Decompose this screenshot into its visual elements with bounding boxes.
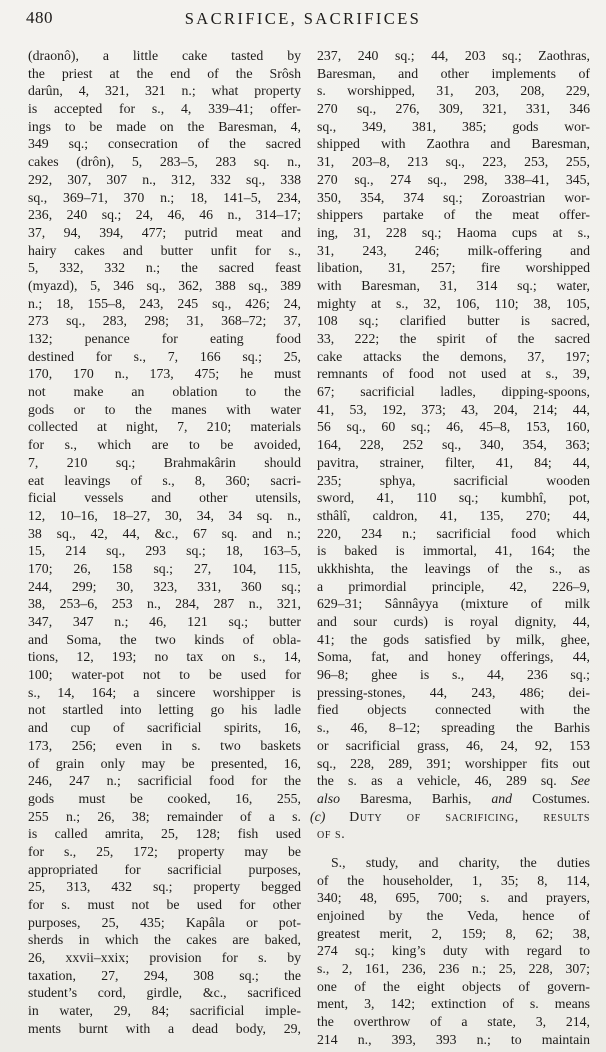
text-line: darûn, 4, 321, 321 n.; what property <box>28 82 301 100</box>
text-line: 41, 53, 192, 373; 43, 204, 214; 44, <box>317 401 590 419</box>
text-segment: 349 sq.; consecration of the sacred <box>28 136 301 151</box>
text-segment: gods must be cooked, 16, 255, <box>28 791 301 806</box>
text-segment: is accepted for s., 4, 339–41; offer- <box>28 101 301 116</box>
text-segment: libation, 31, 257; fire worshipped <box>317 260 590 275</box>
text-line: is baked is immortal, 41, 164; the <box>317 542 590 560</box>
text-line: enjoined by the Veda, hence of <box>317 907 590 925</box>
text-segment: for s., 25, 172; property may be <box>28 844 301 859</box>
text-line: ments burnt with a dead body, 29, <box>28 1020 301 1038</box>
text-line: 33, 222; the spirit of the sacred <box>317 330 590 348</box>
text-segment: 236, 240 sq.; 24, 46, 46 n., 314–17; <box>28 207 301 222</box>
text-segment: destined for s., 7, 166 sq.; 25, <box>28 349 301 364</box>
text-line: hairy cakes and butter unfit for s., <box>28 242 301 260</box>
text-segment: not startled into letting go his ladle <box>28 702 301 717</box>
text-segment: 56 sq., 60 sq.; 46, 45–8, 153, 160, <box>317 419 590 434</box>
text-line: greatest merit, 2, 159; 8, 62; 38, <box>317 925 590 943</box>
text-line: 274 sq.; king’s duty with regard to <box>317 942 590 960</box>
text-segment: hairy cakes and butter unfit for s., <box>28 243 301 258</box>
text-segment: for s., which are to be avoided, <box>28 437 301 452</box>
text-line: gods must be cooked, 16, 255, <box>28 790 301 808</box>
text-segment: 38, 253–6, 253 n., 284, 287 n., 321, <box>28 596 301 611</box>
text-line: 132; penance for eating food <box>28 330 301 348</box>
text-line: one of the eight objects of govern- <box>317 978 590 996</box>
text-line: 235; sphya, sacrificial wooden <box>317 472 590 490</box>
text-line: sherds in which the cakes are baked, <box>28 931 301 949</box>
left-column: (draonô), a little cake tasted bythe pri… <box>28 47 301 1038</box>
text-line: 31, 243, 246; milk-offering and <box>317 242 590 260</box>
text-line: taxation, 27, 294, 308 sq.; the <box>28 967 301 985</box>
text-line: 38, 253–6, 253 n., 284, 287 n., 321, <box>28 595 301 613</box>
text-line: of the householder, 1, 35; 8, 114, <box>317 872 590 890</box>
text-segment: 270 sq., 276, 309, 321, 331, 346 <box>317 101 590 116</box>
text-line: S., study, and charity, the duties <box>317 854 590 872</box>
text-line: Soma, fat, and honey offerings, 44, <box>317 648 590 666</box>
text-line: not startled into letting go his ladle <box>28 701 301 719</box>
text-segment: 173, 256; even in s. two baskets <box>28 738 301 753</box>
text-line: fied objects connected with the <box>317 701 590 719</box>
text-line: 25, 313, 432 sq.; property begged <box>28 878 301 896</box>
text-line: mighty at s., 32, 106, 110; 38, 105, <box>317 295 590 313</box>
text-segment: sword, 41, 110 sq.; kumbhî, pot, <box>317 490 590 505</box>
text-line: 273 sq., 283, 298; 31, 368–72; 37, <box>28 312 301 330</box>
text-segment: and <box>491 791 512 806</box>
text-segment: gods or to the manes with water <box>28 402 301 417</box>
text-segment: (draonô), a little cake tasted by <box>28 48 301 63</box>
text-segment: cakes (drôn), 5, 283–5, 283 sq. n., <box>28 154 301 169</box>
text-line: (c) Duty of sacrificing, results <box>310 808 590 826</box>
text-line: 41; the gods satisfied by milk, ghee, <box>317 631 590 649</box>
text-line: 173, 256; even in s. two baskets <box>28 737 301 755</box>
text-segment: the priest at the end of the Srôsh <box>28 66 301 81</box>
text-segment: taxation, 27, 294, 308 sq.; the <box>28 968 301 983</box>
text-segment: n.; 18, 155–8, 243, 245 sq., 426; 24, <box>28 296 301 311</box>
text-line: for s., 25, 172; property may be <box>28 843 301 861</box>
text-segment: pavitra, strainer, filter, 41, 84; 44, <box>317 455 590 470</box>
text-segment: 274 sq.; king’s duty with regard to <box>317 943 590 958</box>
text-segment: 170; 26, 158 sq.; 27, 104, 115, <box>28 561 301 576</box>
text-segment: sq., 228, 289, 391; worshipper fits out <box>317 756 590 771</box>
text-line: s., 46, 8–12; spreading the Barhis <box>317 719 590 737</box>
text-segment: and cup of sacrificial spirits, 16, <box>28 720 301 735</box>
text-segment: 350, 354, 374 sq.; Zoroastrian wor- <box>317 190 590 205</box>
text-line: libation, 31, 257; fire worshipped <box>317 259 590 277</box>
text-line: 26, xxvii–xxix; provision for s. by <box>28 949 301 967</box>
text-segment: s., 2, 161, 236, 236 n.; 25, 228, 307; <box>317 961 590 976</box>
text-segment: remnants of food not used at s., 39, <box>317 366 590 381</box>
text-line: ukkhishta, the leavings of the s., as <box>317 560 590 578</box>
text-segment: See <box>571 773 590 788</box>
text-segment: purposes, 25, 435; Kapâla or pot- <box>28 915 301 930</box>
text-segment: 37, 94, 394, 477; putrid meat and <box>28 225 301 240</box>
text-segment: of s. <box>317 826 345 841</box>
text-line: 5, 332, 332 n.; the sacred feast <box>28 259 301 277</box>
text-segment: 67; sacrificial ladles, dipping-spoons, <box>317 384 590 399</box>
text-segment: (myazd), 5, 346 sq., 362, 388 sq., 389 <box>28 278 301 293</box>
text-segment: sq., 349, 381, 385; gods wor- <box>317 119 590 134</box>
text-segment: 214 n., 393, 393 n.; to maintain <box>317 1032 590 1047</box>
text-line: purposes, 25, 435; Kapâla or pot- <box>28 914 301 932</box>
text-line: 96–8; ghee is s., 44, 236 sq.; <box>317 666 590 684</box>
text-segment: ment, 3, 142; extinction of s. means <box>317 996 590 1011</box>
text-segment: Costumes. <box>512 791 590 806</box>
text-line: pressing-stones, 44, 243, 486; dei- <box>317 684 590 702</box>
text-segment: a primordial principle, 42, 226–9, <box>317 579 590 594</box>
text-line: Baresman, and other implements of <box>317 65 590 83</box>
text-segment: the s. as a vehicle, 46, 289 sq. <box>317 773 571 788</box>
text-line: sq., 349, 381, 385; gods wor- <box>317 118 590 136</box>
text-segment: ing, 31, 228 sq.; Haoma cups at s., <box>317 225 590 240</box>
text-segment: is called amrita, 25, 128; fish used <box>28 826 301 841</box>
text-line: student’s cord, girdle, &c., sacrificed <box>28 984 301 1002</box>
text-segment: collected at night, 7, 210; materials <box>28 419 301 434</box>
text-segment: s., 46, 8–12; spreading the Barhis <box>317 720 590 735</box>
text-segment: 41; the gods satisfied by milk, ghee, <box>317 632 590 647</box>
text-line: ment, 3, 142; extinction of s. means <box>317 995 590 1013</box>
text-line: of s. <box>317 825 590 843</box>
text-segment: s. worshipped, 31, 203, 208, 229, <box>317 83 590 98</box>
text-line: the overthrow of a state, 3, 214, <box>317 1013 590 1031</box>
text-line: (myazd), 5, 346 sq., 362, 388 sq., 389 <box>28 277 301 295</box>
text-line: 214 n., 393, 393 n.; to maintain <box>317 1031 590 1049</box>
text-segment: 15, 214 sq., 293 sq.; 18, 163–5, <box>28 543 301 558</box>
text-segment: Baresma, Barhis, <box>340 791 491 806</box>
text-segment: 244, 299; 30, 323, 331, 360 sq.; <box>28 579 301 594</box>
text-line: 629–31; Sânnâyya (mixture of milk <box>317 595 590 613</box>
text-line: and sour curds) is royal dignity, 44, <box>317 613 590 631</box>
text-segment: of the householder, 1, 35; 8, 114, <box>317 873 590 888</box>
text-line: tions, 12, 193; no tax on s., 14, <box>28 648 301 666</box>
text-line: 67; sacrificial ladles, dipping-spoons, <box>317 383 590 401</box>
text-segment: 41, 53, 192, 373; 43, 204, 214; 44, <box>317 402 590 417</box>
text-line: in water, 29, 84; sacrificial imple- <box>28 1002 301 1020</box>
text-segment: 164, 228, 252 sq., 340, 354, 363; <box>317 437 590 452</box>
text-line: shippers partake of the meat offer- <box>317 206 590 224</box>
text-segment: 237, 240 sq.; 44, 203 sq.; Zaothras, <box>317 48 590 63</box>
text-line: sq., 228, 289, 391; worshipper fits out <box>317 755 590 773</box>
text-line: the priest at the end of the Srôsh <box>28 65 301 83</box>
text-line: 349 sq.; consecration of the sacred <box>28 135 301 153</box>
text-line: appropriated for sacrificial purposes, <box>28 861 301 879</box>
text-segment: enjoined by the Veda, hence of <box>317 908 590 923</box>
text-line: is accepted for s., 4, 339–41; offer- <box>28 100 301 118</box>
text-line: and cup of sacrificial spirits, 16, <box>28 719 301 737</box>
text-line: for s. must not be used for other <box>28 896 301 914</box>
text-segment: mighty at s., 32, 106, 110; 38, 105, <box>317 296 590 311</box>
text-segment: of grain only may be presented, 16, <box>28 756 301 771</box>
text-line: (draonô), a little cake tasted by <box>28 47 301 65</box>
text-line: 7, 210 sq.; Brahmakârin should <box>28 454 301 472</box>
text-segment: 25, 313, 432 sq.; property begged <box>28 879 301 894</box>
text-segment: 340; 48, 695, 700; s. and prayers, <box>317 890 590 905</box>
text-line: 170, 170 n., 173, 475; he must <box>28 365 301 383</box>
text-line: ings to be made on the Baresman, 4, <box>28 118 301 136</box>
text-segment: ings to be made on the Baresman, 4, <box>28 119 301 134</box>
text-segment: 270 sq., 274 sq., 298, 338–41, 345, <box>317 172 590 187</box>
text-line: or sacrificial grass, 46, 24, 92, 153 <box>317 737 590 755</box>
text-line: and Soma, the two kinds of obla- <box>28 631 301 649</box>
text-line: 340; 48, 695, 700; s. and prayers, <box>317 889 590 907</box>
text-segment: student’s cord, girdle, &c., sacrificed <box>28 985 301 1000</box>
text-line: 56 sq., 60 sq.; 46, 45–8, 153, 160, <box>317 418 590 436</box>
text-segment: 12, 10–16, 18–27, 30, 34, 34 sq. n., <box>28 508 301 523</box>
text-segment: 220, 234 n.; sacrificial food which <box>317 526 590 541</box>
text-line: n.; 18, 155–8, 243, 245 sq., 426; 24, <box>28 295 301 313</box>
text-segment: 347, 347 n.; 46, 121 sq.; butter <box>28 614 301 629</box>
text-segment: ficial vessels and other utensils, <box>28 490 301 505</box>
text-line: cakes (drôn), 5, 283–5, 283 sq. n., <box>28 153 301 171</box>
text-line: 350, 354, 374 sq.; Zoroastrian wor- <box>317 189 590 207</box>
text-line: destined for s., 7, 166 sq.; 25, <box>28 348 301 366</box>
text-segment: 100; water-pot not to be used for <box>28 667 301 682</box>
text-segment: 33, 222; the spirit of the sacred <box>317 331 590 346</box>
text-segment: 31, 203–8, 213 sq., 223, 253, 255, <box>317 154 590 169</box>
text-line: 347, 347 n.; 46, 121 sq.; butter <box>28 613 301 631</box>
text-line: ing, 31, 228 sq.; Haoma cups at s., <box>317 224 590 242</box>
text-segment: pressing-stones, 44, 243, 486; dei- <box>317 685 590 700</box>
text-line: s., 2, 161, 236, 236 n.; 25, 228, 307; <box>317 960 590 978</box>
text-segment: 246, 247 n.; sacrificial food for the <box>28 773 301 788</box>
text-line: also Baresma, Barhis, and Costumes. <box>317 790 590 808</box>
text-segment: and Soma, the two kinds of obla- <box>28 632 301 647</box>
text-line: 12, 10–16, 18–27, 30, 34, 34 sq. n., <box>28 507 301 525</box>
text-segment: 292, 307, 307 n., 312, 332 sq., 338 <box>28 172 301 187</box>
text-segment: is baked is immortal, 41, 164; the <box>317 543 590 558</box>
text-line: 164, 228, 252 sq., 340, 354, 363; <box>317 436 590 454</box>
text-segment: Baresman, and other implements of <box>317 66 590 81</box>
text-line: 170; 26, 158 sq.; 27, 104, 115, <box>28 560 301 578</box>
text-segment: 255 n.; 26, 38; remainder of a s. <box>28 809 301 824</box>
text-line: s., 14, 164; a sincere worshipper is <box>28 684 301 702</box>
text-segment: (c) <box>310 809 349 824</box>
text-line: 38 sq., 42, 44, &c., 67 sq. and n.; <box>28 525 301 543</box>
text-segment: the overthrow of a state, 3, 214, <box>317 1014 590 1029</box>
text-segment: also <box>317 791 340 806</box>
text-segment: 38 sq., 42, 44, &c., 67 sq. and n.; <box>28 526 301 541</box>
right-column: 237, 240 sq.; 44, 203 sq.; Zaothras,Bare… <box>317 47 590 1049</box>
text-segment: one of the eight objects of govern- <box>317 979 590 994</box>
text-line: 31, 203–8, 213 sq., 223, 253, 255, <box>317 153 590 171</box>
text-line: eat leavings of s., 8, 360; sacri- <box>28 472 301 490</box>
text-segment: not make an oblation to the <box>28 384 301 399</box>
text-line: 246, 247 n.; sacrificial food for the <box>28 772 301 790</box>
text-line: collected at night, 7, 210; materials <box>28 418 301 436</box>
text-segment: and sour curds) is royal dignity, 44, <box>317 614 590 629</box>
text-segment: Duty of sacrificing, results <box>349 809 590 824</box>
text-segment: shipped with Zaothra and Baresman, <box>317 136 590 151</box>
text-segment: 235; sphya, sacrificial wooden <box>317 473 590 488</box>
text-line: 292, 307, 307 n., 312, 332 sq., 338 <box>28 171 301 189</box>
text-line: for s., which are to be avoided, <box>28 436 301 454</box>
text-line: ficial vessels and other utensils, <box>28 489 301 507</box>
text-line: the s. as a vehicle, 46, 289 sq. See <box>317 772 590 790</box>
text-segment: 7, 210 sq.; Brahmakârin should <box>28 455 301 470</box>
text-segment: 5, 332, 332 n.; the sacred feast <box>28 260 301 275</box>
text-segment: sq., 369–71, 370 n.; 18, 141–5, 234, <box>28 190 301 205</box>
text-segment: ukkhishta, the leavings of the s., as <box>317 561 590 576</box>
text-line: s. worshipped, 31, 203, 208, 229, <box>317 82 590 100</box>
book-page: 480 SACRIFICE, SACRIFICES (draonô), a li… <box>0 0 606 1052</box>
text-segment: cake attacks the demons, 37, 197; <box>317 349 590 364</box>
text-segment: with Baresman, 31, 314 sq.; water, <box>317 278 590 293</box>
text-line: 236, 240 sq.; 24, 46, 46 n., 314–17; <box>28 206 301 224</box>
text-segment: 31, 243, 246; milk-offering and <box>317 243 590 258</box>
text-segment: tions, 12, 193; no tax on s., 14, <box>28 649 301 664</box>
text-segment: shippers partake of the meat offer- <box>317 207 590 222</box>
text-segment: fied objects connected with the <box>317 702 590 717</box>
text-segment: sthâlî, caldron, 41, 135, 270; 44, <box>317 508 590 523</box>
text-line: 270 sq., 274 sq., 298, 338–41, 345, <box>317 171 590 189</box>
text-line: with Baresman, 31, 314 sq.; water, <box>317 277 590 295</box>
text-segment: eat leavings of s., 8, 360; sacri- <box>28 473 301 488</box>
text-line: 237, 240 sq.; 44, 203 sq.; Zaothras, <box>317 47 590 65</box>
text-segment: 629–31; Sânnâyya (mixture of milk <box>317 596 590 611</box>
text-line: sthâlî, caldron, 41, 135, 270; 44, <box>317 507 590 525</box>
text-line: cake attacks the demons, 37, 197; <box>317 348 590 366</box>
text-line: gods or to the manes with water <box>28 401 301 419</box>
text-line: of grain only may be presented, 16, <box>28 755 301 773</box>
text-line: 108 sq.; clarified butter is sacred, <box>317 312 590 330</box>
text-segment: 132; penance for eating food <box>28 331 301 346</box>
text-line: sword, 41, 110 sq.; kumbhî, pot, <box>317 489 590 507</box>
text-segment: in water, 29, 84; sacrificial imple- <box>28 1003 301 1018</box>
text-segment: 108 sq.; clarified butter is sacred, <box>317 313 590 328</box>
text-segment: for s. must not be used for other <box>28 897 301 912</box>
text-line: remnants of food not used at s., 39, <box>317 365 590 383</box>
text-line: not make an oblation to the <box>28 383 301 401</box>
text-segment: 273 sq., 283, 298; 31, 368–72; 37, <box>28 313 301 328</box>
page-title: SACRIFICE, SACRIFICES <box>0 9 606 29</box>
text-segment: darûn, 4, 321, 321 n.; what property <box>28 83 301 98</box>
text-segment: 26, xxvii–xxix; provision for s. by <box>28 950 301 965</box>
text-line: 244, 299; 30, 323, 331, 360 sq.; <box>28 578 301 596</box>
text-segment: appropriated for sacrificial purposes, <box>28 862 301 877</box>
text-segment: Soma, fat, and honey offerings, 44, <box>317 649 590 664</box>
text-line: 37, 94, 394, 477; putrid meat and <box>28 224 301 242</box>
text-segment: ments burnt with a dead body, 29, <box>28 1021 301 1036</box>
text-segment: 96–8; ghee is s., 44, 236 sq.; <box>317 667 590 682</box>
text-line: sq., 369–71, 370 n.; 18, 141–5, 234, <box>28 189 301 207</box>
text-segment: S., study, and charity, the duties <box>331 855 590 870</box>
text-line: 270 sq., 276, 309, 321, 331, 346 <box>317 100 590 118</box>
text-line: shipped with Zaothra and Baresman, <box>317 135 590 153</box>
text-segment: sherds in which the cakes are baked, <box>28 932 301 947</box>
text-segment: s., 14, 164; a sincere worshipper is <box>28 685 301 700</box>
text-line: 100; water-pot not to be used for <box>28 666 301 684</box>
text-line: pavitra, strainer, filter, 41, 84; 44, <box>317 454 590 472</box>
text-line: 15, 214 sq., 293 sq.; 18, 163–5, <box>28 542 301 560</box>
text-segment: or sacrificial grass, 46, 24, 92, 153 <box>317 738 590 753</box>
text-line: 255 n.; 26, 38; remainder of a s. <box>28 808 301 826</box>
text-line: a primordial principle, 42, 226–9, <box>317 578 590 596</box>
text-line: 220, 234 n.; sacrificial food which <box>317 525 590 543</box>
text-segment: greatest merit, 2, 159; 8, 62; 38, <box>317 926 590 941</box>
text-segment: 170, 170 n., 173, 475; he must <box>28 366 301 381</box>
text-line: is called amrita, 25, 128; fish used <box>28 825 301 843</box>
